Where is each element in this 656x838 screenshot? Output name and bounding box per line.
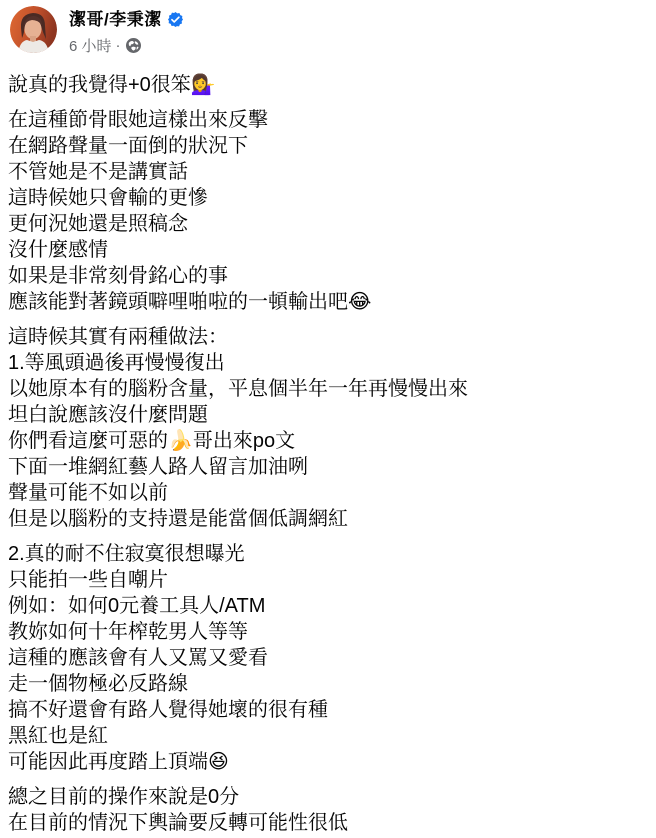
post-text-line: 1.等風頭過後再慢慢復出 [8, 350, 648, 376]
post-text-line: 這時候其實有兩種做法： [8, 324, 648, 350]
post-text-line: 不管她是不是講實話 [8, 159, 648, 185]
post-text-line: 但是以腦粉的支持還是能當個低調網紅 [8, 506, 648, 532]
post-text: 說真的我覺得+0很笨💁‍♀️在這種節骨眼她這樣出來反擊在網路聲量一面倒的狀況下不… [8, 72, 648, 836]
header-text: 潔哥/李秉潔 6 小時 · [69, 6, 183, 56]
timestamp[interactable]: 6 小時 [69, 35, 112, 56]
post-text-line: 2.真的耐不住寂寞很想曝光 [8, 541, 648, 567]
post-text-line: 走一個物極必反路線 [8, 671, 648, 697]
post-text-line: 在這種節骨眼她這樣出來反擊 [8, 107, 648, 133]
post-text-line: 教妳如何十年榨乾男人等等 [8, 619, 648, 645]
post-text-line: 如果是非常刻骨銘心的事 [8, 263, 648, 289]
post-paragraph: 說真的我覺得+0很笨💁‍♀️ [8, 72, 648, 98]
post-text-line: 說真的我覺得+0很笨💁‍♀️ [8, 72, 648, 98]
post-meta: 6 小時 · [69, 35, 183, 56]
post-text-line: 應該能對著鏡頭噼哩啪啦的一頓輸出吧😂 [8, 289, 648, 315]
post-text-line: 以她原本有的腦粉含量，平息個半年一年再慢慢出來 [8, 376, 648, 402]
post-text-line: 這種的應該會有人又罵又愛看 [8, 645, 648, 671]
post-text-line: 更何況她還是照稿念 [8, 211, 648, 237]
post-text-line: 黑紅也是紅 [8, 723, 648, 749]
post-text-line: 在網路聲量一面倒的狀況下 [8, 133, 648, 159]
avatar[interactable] [10, 6, 57, 53]
post-text-line: 只能拍一些自嘲片 [8, 567, 648, 593]
post-text-line: 在目前的情況下輿論要反轉可能性很低 [8, 810, 648, 836]
post-paragraph: 2.真的耐不住寂寞很想曝光只能拍一些自嘲片例如：如何0元養工具人/ATM教妳如何… [8, 541, 648, 775]
post-text-line: 總之目前的操作來說是0分 [8, 784, 648, 810]
author-name[interactable]: 潔哥/李秉潔 [69, 9, 162, 30]
post-paragraph: 總之目前的操作來說是0分在目前的情況下輿論要反轉可能性很低 [8, 784, 648, 836]
author-row: 潔哥/李秉潔 [69, 9, 183, 30]
profile-photo [10, 6, 57, 53]
post-text-line: 沒什麼感情 [8, 237, 648, 263]
verified-badge-icon [168, 12, 183, 27]
post-text-line: 可能因此再度踏上頂端😆 [8, 749, 648, 775]
post-text-line: 坦白說應該沒什麼問題 [8, 402, 648, 428]
post-text-line: 你們看這麼可惡的🍌哥出來po文 [8, 428, 648, 454]
post-header: 潔哥/李秉潔 6 小時 · [0, 0, 656, 56]
post-text-line: 搞不好還會有路人覺得她壞的很有種 [8, 697, 648, 723]
post-text-line: 聲量可能不如以前 [8, 480, 648, 506]
post-text-line: 例如：如何0元養工具人/ATM [8, 593, 648, 619]
post-text-line: 下面一堆網紅藝人路人留言加油咧 [8, 454, 648, 480]
globe-icon [126, 38, 141, 53]
dot-separator: · [116, 37, 121, 54]
post-body: 說真的我覺得+0很笨💁‍♀️在這種節骨眼她這樣出來反擊在網路聲量一面倒的狀況下不… [0, 56, 656, 836]
facebook-post: 潔哥/李秉潔 6 小時 · [0, 0, 656, 836]
post-paragraph: 在這種節骨眼她這樣出來反擊在網路聲量一面倒的狀況下不管她是不是講實話這時候她只會… [8, 107, 648, 315]
post-text-line: 這時候她只會輸的更慘 [8, 185, 648, 211]
post-paragraph: 這時候其實有兩種做法：1.等風頭過後再慢慢復出以她原本有的腦粉含量，平息個半年一… [8, 324, 648, 532]
